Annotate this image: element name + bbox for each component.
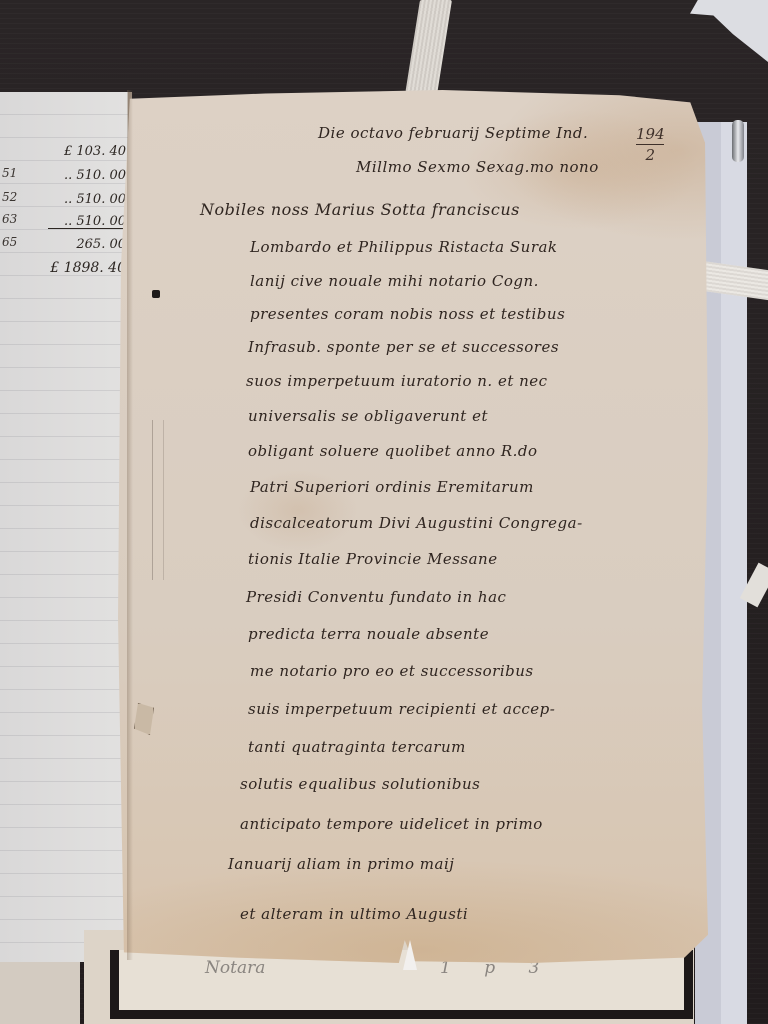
sum-rule	[48, 228, 128, 229]
metal-clip	[732, 120, 744, 162]
amount-row: .. 510. 00	[64, 192, 126, 207]
margin-number: 51	[2, 166, 17, 180]
heading-line-year: Millmo Sexmo Sexag.mo nono	[356, 158, 599, 176]
manuscript-line: me notario pro eo et successoribus	[250, 662, 534, 680]
left-notebook-page: £ 103. 40 .. 510. 00 .. 510. 00 .. 510. …	[0, 92, 132, 962]
margin-number: 65	[2, 235, 17, 249]
page-fold-shadow	[127, 90, 133, 960]
manuscript-line: suis imperpetuum recipienti et accep-	[248, 700, 555, 718]
manuscript-line: Infrasub. sponte per se et successores	[248, 338, 559, 356]
manuscript-line: et alteram in ultimo Augusti	[240, 905, 468, 923]
manuscript-line: tanti quatraginta tercarum	[248, 738, 466, 756]
amount-row: .. 510. 00	[64, 168, 126, 183]
manuscript-line: obligant soluere quolibet anno R.do	[248, 442, 538, 460]
total-value: 1898. 40	[64, 260, 126, 276]
currency-mark: £	[64, 144, 72, 159]
amount-value: 103. 40	[76, 144, 126, 159]
ditto-mark: ..	[64, 192, 72, 207]
folder-note-left: Notara	[205, 958, 265, 978]
manuscript-line: Patri Superiori ordinis Eremitarum	[250, 478, 534, 496]
manuscript-line: suos imperpetuum iuratorio n. et nec	[246, 372, 548, 390]
amount-value: 510. 00	[76, 168, 126, 183]
manuscript-line: predicta terra nouale absente	[248, 625, 489, 643]
manuscript-line: Ianuarij aliam in primo maij	[228, 855, 454, 873]
amount-value: 265. 00	[76, 237, 126, 252]
folio-bar	[636, 144, 664, 145]
ditto-mark: ..	[64, 168, 72, 183]
binding-hole	[152, 290, 160, 298]
amount-row: .. 510. 00	[64, 214, 126, 229]
manuscript-line: lanij cive nouale mihi notario Cogn.	[250, 272, 539, 290]
manuscript-line: tionis Italie Provincie Messane	[248, 550, 498, 568]
heading-line-date: Die octavo februarij Septime Ind.	[318, 124, 588, 142]
folio-main: 194	[636, 125, 665, 143]
folio-sub: 2	[646, 146, 656, 164]
currency-mark: £	[50, 260, 59, 276]
amount-row: £ 103. 40	[64, 144, 126, 159]
manuscript-line: discalceatorum Divi Augustini Congrega-	[250, 514, 583, 532]
manuscript-line: universalis se obligaverunt et	[248, 407, 488, 425]
amount-value: 510. 00	[76, 214, 126, 229]
amount-value: 510. 00	[76, 192, 126, 207]
amount-row: 265. 00	[76, 237, 126, 252]
manuscript-line: solutis equalibus solutionibus	[240, 775, 480, 793]
manuscript-line: anticipato tempore uidelicet in primo	[240, 815, 543, 833]
ditto-mark: ..	[64, 214, 72, 229]
manuscript-line: Presidi Conventu fundato in hac	[246, 588, 506, 606]
total-row: £ 1898. 40	[50, 260, 126, 276]
margin-number: 52	[2, 190, 17, 204]
lower-left-paper	[0, 962, 80, 1024]
manuscript-line: Nobiles noss Marius Sotta franciscus	[200, 200, 520, 219]
manuscript-line: Lombardo et Philippus Ristacta Surak	[250, 238, 558, 256]
manuscript-line: presentes coram nobis noss et testibus	[250, 305, 565, 323]
margin-number: 63	[2, 212, 17, 226]
folio-number: 194 2	[636, 125, 665, 164]
binding-thread	[152, 420, 164, 580]
